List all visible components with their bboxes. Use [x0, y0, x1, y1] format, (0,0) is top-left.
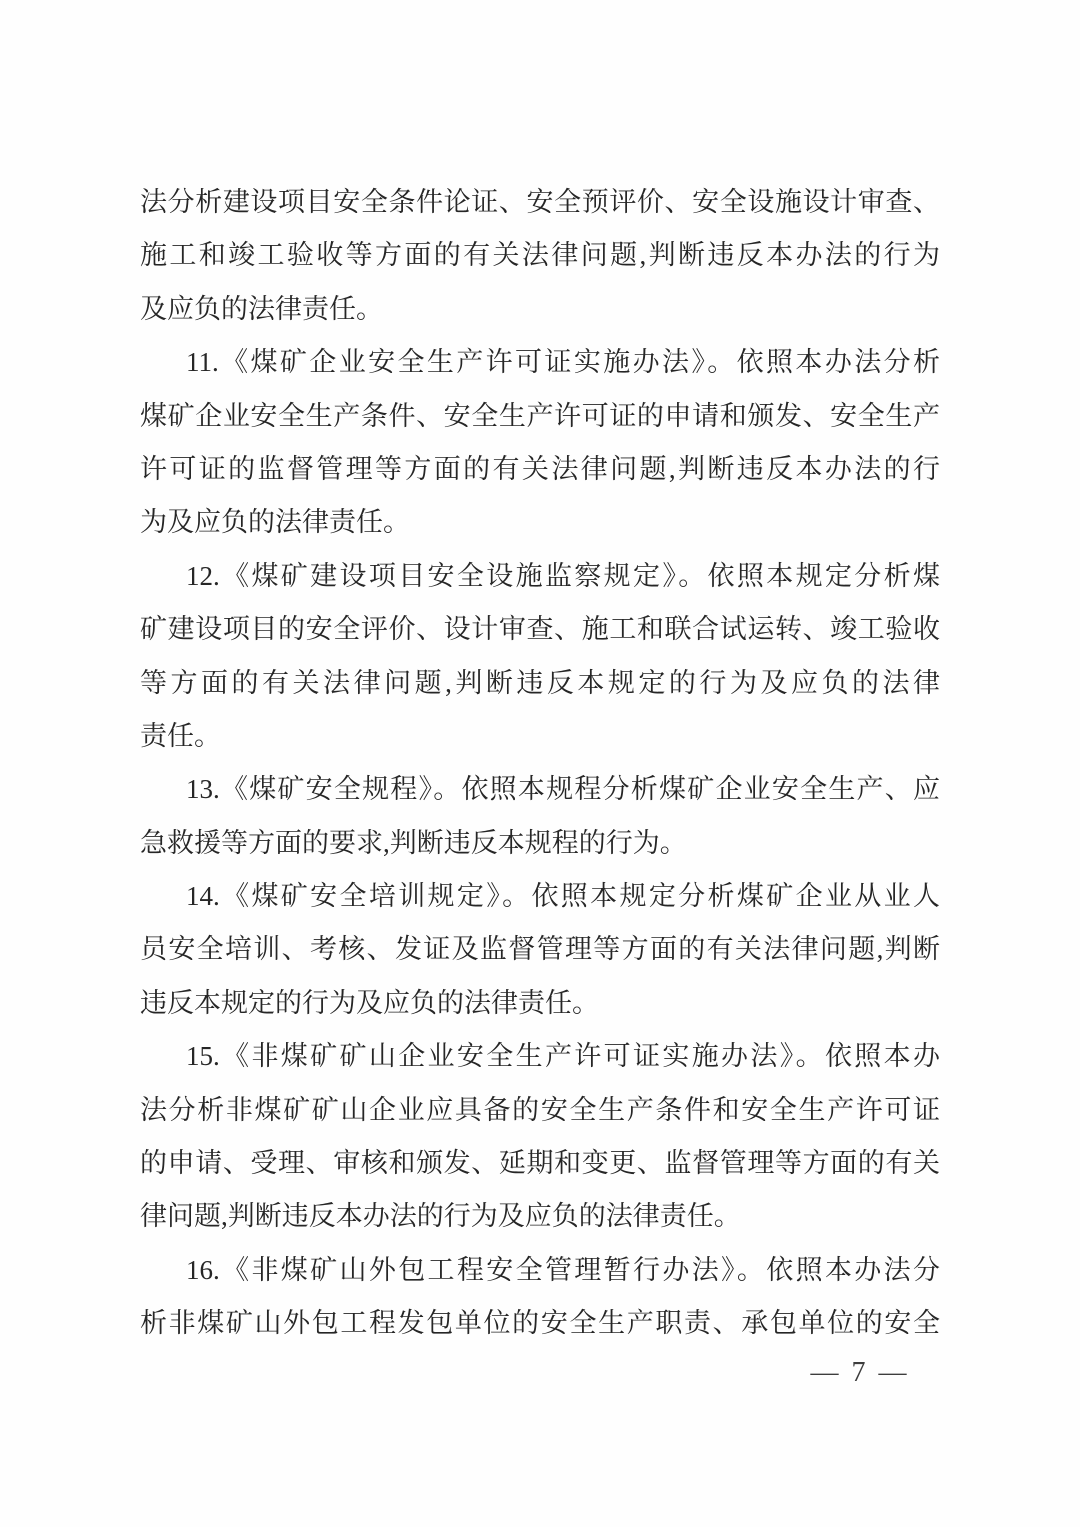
text-line: 煤矿企业安全生产条件、安全生产许可证的申请和颁发、安全生产 — [140, 390, 940, 443]
text-line: 法分析非煤矿矿山企业应具备的安全生产条件和安全生产许可证 — [140, 1084, 940, 1137]
text-line: 施工和竣工验收等方面的有关法律问题,判断违反本办法的行为 — [140, 229, 940, 282]
text-line: 12.《煤矿建设项目安全设施监察规定》。依照本规定分析煤 — [140, 550, 940, 603]
text-line: 责任。 — [140, 710, 940, 763]
document-page: 法分析建设项目安全条件论证、安全预评价、安全设施设计审查、施工和竣工验收等方面的… — [0, 0, 1080, 1527]
text-line: 矿建设项目的安全评价、设计审查、施工和联合试运转、竣工验收 — [140, 603, 940, 656]
page-number: — 7 — — [800, 1356, 920, 1390]
text-line: 及应负的法律责任。 — [140, 283, 940, 336]
text-line: 律问题,判断违反本办法的行为及应负的法律责任。 — [140, 1190, 940, 1243]
text-line: 违反本规定的行为及应负的法律责任。 — [140, 977, 940, 1030]
text-line: 员安全培训、考核、发证及监督管理等方面的有关法律问题,判断 — [140, 923, 940, 976]
text-line: 16.《非煤矿山外包工程安全管理暂行办法》。依照本办法分 — [140, 1244, 940, 1297]
document-body-text: 法分析建设项目安全条件论证、安全预评价、安全设施设计审查、施工和竣工验收等方面的… — [140, 176, 940, 1351]
text-line: 13.《煤矿安全规程》。依照本规程分析煤矿企业安全生产、应 — [140, 763, 940, 816]
text-line: 11.《煤矿企业安全生产许可证实施办法》。依照本办法分析 — [140, 336, 940, 389]
text-line: 法分析建设项目安全条件论证、安全预评价、安全设施设计审查、 — [140, 176, 940, 229]
text-line: 的申请、受理、审核和颁发、延期和变更、监督管理等方面的有关法 — [140, 1137, 940, 1190]
text-line: 急救援等方面的要求,判断违反本规程的行为。 — [140, 817, 940, 870]
text-line: 15.《非煤矿矿山企业安全生产许可证实施办法》。依照本办 — [140, 1030, 940, 1083]
text-line: 析非煤矿山外包工程发包单位的安全生产职责、承包单位的安全 — [140, 1297, 940, 1350]
text-line: 14.《煤矿安全培训规定》。依照本规定分析煤矿企业从业人 — [140, 870, 940, 923]
text-line: 许可证的监督管理等方面的有关法律问题,判断违反本办法的行 — [140, 443, 940, 496]
text-line: 为及应负的法律责任。 — [140, 496, 940, 549]
text-line: 等方面的有关法律问题,判断违反本规定的行为及应负的法律 — [140, 657, 940, 710]
